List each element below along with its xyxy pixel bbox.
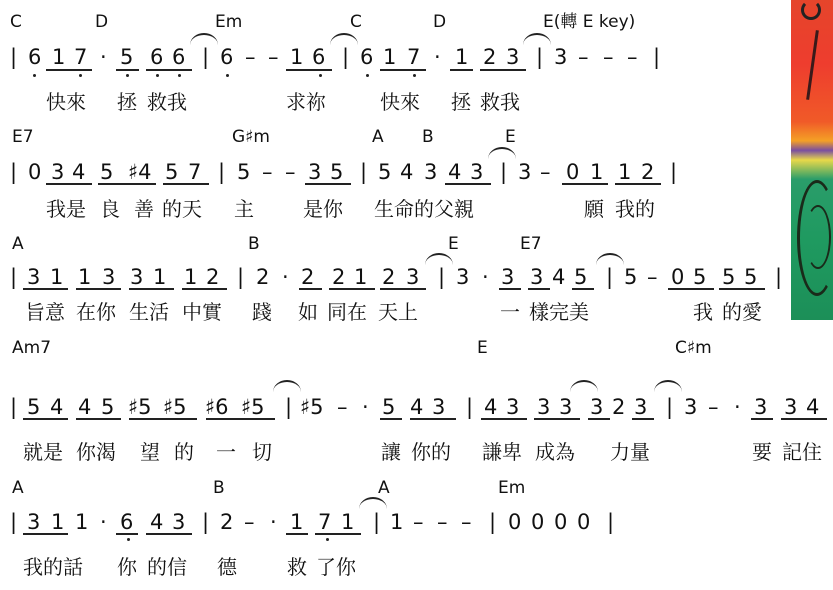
beam-underline — [450, 69, 473, 71]
beam-underline — [315, 533, 361, 535]
note: 4 — [448, 160, 461, 184]
beam-underline — [286, 69, 332, 71]
lyric: 願 — [584, 197, 604, 221]
beam-underline — [410, 418, 456, 420]
beam-underline — [481, 418, 527, 420]
lyric: 就是 — [23, 440, 63, 464]
barline: | — [489, 510, 496, 534]
beam-underline — [588, 418, 610, 420]
chord: B — [248, 234, 260, 254]
lyric: 要 — [752, 440, 772, 464]
beam-underline — [299, 288, 322, 290]
lyric: 你渴 — [76, 440, 116, 464]
octave-dot — [226, 74, 229, 77]
octave-dot — [366, 74, 369, 77]
note: 6 — [312, 45, 325, 69]
chord: Em — [215, 12, 242, 32]
tie — [190, 33, 218, 45]
note: 3 — [130, 265, 143, 289]
note: 3 — [308, 160, 321, 184]
note: 2 — [301, 265, 314, 289]
lyric: 拯 — [117, 90, 137, 114]
tie — [273, 380, 301, 392]
dot-extension: · — [270, 510, 277, 534]
beam-underline — [305, 183, 351, 185]
lyric: 讓 — [381, 440, 401, 464]
note: 3 — [518, 160, 531, 184]
note: 3 — [172, 510, 185, 534]
beam-underline — [380, 69, 426, 71]
barline: | — [202, 510, 209, 534]
note: 6 — [220, 45, 233, 69]
beam-underline — [668, 288, 714, 290]
chord: C — [10, 12, 22, 32]
note: 5 — [744, 265, 757, 289]
note-sharp: ♯4 — [128, 160, 152, 184]
dot-extension: · — [734, 395, 741, 419]
beam-underline — [615, 183, 661, 185]
rest: 0 — [508, 510, 521, 534]
beam-underline — [129, 418, 197, 420]
note: 3 — [470, 160, 483, 184]
dash: – — [437, 510, 448, 534]
note: 5 — [574, 265, 587, 289]
note: 3 — [27, 510, 40, 534]
note: 4 — [552, 265, 565, 289]
beam-underline — [719, 288, 765, 290]
chord: C♯m — [675, 338, 712, 358]
note: 1 — [341, 510, 354, 534]
tie — [596, 253, 624, 265]
note: 1 — [618, 160, 631, 184]
beam-underline — [76, 418, 121, 420]
note: 1 — [354, 265, 367, 289]
note: 1 — [590, 160, 603, 184]
tie — [654, 380, 682, 392]
note: 3 — [456, 265, 469, 289]
barline: | — [218, 160, 225, 184]
lyric: 一 — [216, 440, 236, 464]
lyric: 德 — [217, 555, 237, 579]
note: 6 — [120, 510, 133, 534]
note: 3 — [530, 265, 543, 289]
note: 1 — [383, 45, 396, 69]
chord-key-change: E(轉 E key) — [543, 12, 635, 32]
note: 2 — [382, 265, 395, 289]
note: 1 — [184, 265, 197, 289]
dash: – — [262, 160, 273, 184]
note: 7 — [74, 45, 87, 69]
note: 3 — [754, 395, 767, 419]
lyric: 記住 — [782, 440, 822, 464]
rest: 0 — [577, 510, 590, 534]
note: 5 — [693, 265, 706, 289]
octave-dot — [178, 74, 181, 77]
lyric: 求祢 — [286, 90, 326, 114]
note: 1 — [50, 265, 63, 289]
lyric: 我是 — [46, 197, 86, 221]
note: 7 — [188, 160, 201, 184]
note: 1 — [78, 265, 91, 289]
note: 4 — [806, 395, 819, 419]
beam-underline — [480, 69, 526, 71]
lyric: 的天 — [162, 197, 202, 221]
lyric: 救我 — [480, 90, 520, 114]
beam-underline — [23, 533, 68, 535]
lyric: 善 — [134, 197, 154, 221]
lyric: 旨意 — [25, 300, 65, 324]
lyric: 踐 — [252, 300, 272, 324]
chord: E — [448, 234, 459, 254]
chord: Am7 — [12, 338, 51, 358]
octave-dot — [156, 74, 159, 77]
beam-underline — [116, 533, 138, 535]
barline: | — [10, 510, 17, 534]
lyric: 我的 — [615, 197, 655, 221]
lyric: 樣完美 — [529, 300, 589, 324]
lyric: 如 — [298, 300, 318, 324]
chord: A — [12, 478, 24, 498]
lyric: 快來 — [46, 90, 86, 114]
lyric: 力量 — [610, 440, 650, 464]
barline: | — [606, 265, 613, 289]
note: 3 — [506, 395, 519, 419]
dot-extension: · — [100, 45, 107, 69]
lyric: 的信 — [147, 555, 187, 579]
note: 3 — [554, 45, 567, 69]
tie — [570, 380, 598, 392]
lyric: 的 — [174, 440, 194, 464]
swirl-icon — [805, 205, 831, 269]
note: 1 — [455, 45, 468, 69]
chord: Em — [498, 478, 525, 498]
beam-underline — [206, 418, 275, 420]
lyric: 救 — [287, 555, 307, 579]
barline: | — [653, 45, 660, 69]
note: 6 — [150, 45, 163, 69]
dash: – — [337, 395, 348, 419]
dash: – — [603, 45, 614, 69]
tie — [359, 497, 387, 509]
tie — [330, 33, 358, 45]
beam-underline — [329, 288, 375, 290]
beam-underline — [499, 288, 521, 290]
note: 1 — [52, 45, 65, 69]
rest: 0 — [531, 510, 544, 534]
beam-underline — [182, 288, 227, 290]
chord: E7 — [12, 127, 34, 147]
chord: G♯m — [232, 127, 270, 147]
dash: – — [540, 160, 551, 184]
barline: | — [360, 160, 367, 184]
note: 6 — [172, 45, 185, 69]
dot-extension: · — [482, 265, 489, 289]
note: 5 — [101, 395, 114, 419]
note-sharp: ♯5 — [163, 395, 187, 419]
barline: | — [202, 45, 209, 69]
note: 5 — [624, 265, 637, 289]
note: 2 — [332, 265, 345, 289]
barline: | — [10, 160, 17, 184]
note-sharp: ♯5 — [300, 395, 324, 419]
barline: | — [466, 395, 473, 419]
chord: E7 — [520, 234, 542, 254]
barline: | — [438, 265, 445, 289]
lyric: 你的 — [411, 440, 451, 464]
octave-dot — [33, 74, 36, 77]
beam-underline — [528, 288, 550, 290]
note-sharp: ♯5 — [241, 395, 265, 419]
lyric: 的愛 — [722, 300, 762, 324]
lyric: 成為 — [535, 440, 575, 464]
lyric: 拯 — [451, 90, 471, 114]
note: 4 — [72, 160, 85, 184]
decorative-painting — [791, 0, 833, 320]
lyric: 天上 — [378, 300, 418, 324]
note: 3 — [559, 395, 572, 419]
note: 5 — [237, 160, 250, 184]
note: 5 — [120, 45, 133, 69]
note: 3 — [424, 160, 437, 184]
dot-extension: · — [100, 510, 107, 534]
note: 2 — [612, 395, 625, 419]
notes-row: | 6 1 7 · 5 6 6 | 6 – – 1 6 | 6 1 7 · 1 … — [0, 45, 780, 71]
beam-underline — [751, 418, 773, 420]
dash: – — [627, 45, 638, 69]
lyric: 了你 — [316, 555, 356, 579]
barline: | — [670, 160, 677, 184]
brush-stroke-icon — [801, 0, 821, 20]
note: 5 — [382, 395, 395, 419]
note: 4 — [400, 160, 413, 184]
beam-underline — [76, 288, 121, 290]
barline: | — [10, 395, 17, 419]
note: 2 — [220, 510, 233, 534]
note: 1 — [290, 45, 303, 69]
chord: B — [422, 127, 434, 147]
note: 1 — [153, 265, 166, 289]
note: 4 — [78, 395, 91, 419]
chord: C — [350, 12, 362, 32]
dash: – — [244, 510, 255, 534]
lyric: 同在 — [327, 300, 367, 324]
barline: | — [775, 265, 782, 289]
beam-underline — [380, 418, 402, 420]
lyric: 主 — [234, 197, 254, 221]
note: 2 — [641, 160, 654, 184]
note: 1 — [290, 510, 303, 534]
beam-underline — [445, 183, 491, 185]
note: 5 — [722, 265, 735, 289]
beam-underline — [163, 183, 209, 185]
octave-dot — [319, 74, 322, 77]
note: 3 — [51, 160, 64, 184]
dot-extension: · — [362, 395, 369, 419]
lyric: 良 — [100, 197, 120, 221]
chord: E — [505, 127, 516, 147]
chord: A — [372, 127, 384, 147]
lyric: 望 — [140, 440, 160, 464]
lyric: 救我 — [147, 90, 187, 114]
note: 6 — [28, 45, 41, 69]
lyric: 我 — [693, 300, 713, 324]
beam-underline — [116, 69, 139, 71]
note: 6 — [360, 45, 373, 69]
octave-dot — [126, 74, 129, 77]
note: 3 — [634, 395, 647, 419]
note: 5 — [165, 160, 178, 184]
note: 2 — [256, 265, 269, 289]
octave-dot — [79, 74, 82, 77]
note: 1 — [75, 510, 88, 534]
lyric: 是你 — [303, 197, 343, 221]
tie — [425, 253, 453, 265]
note: 3 — [590, 395, 603, 419]
dot-extension: · — [434, 45, 441, 69]
octave-dot — [127, 538, 130, 541]
chord: B — [213, 478, 225, 498]
note: 5 — [27, 395, 40, 419]
lyric: 在你 — [76, 300, 116, 324]
note: 3 — [501, 265, 514, 289]
note: 4 — [50, 395, 63, 419]
barline: | — [500, 160, 507, 184]
barline: | — [10, 45, 17, 69]
note: 0 — [28, 160, 41, 184]
lyric: 一 — [500, 300, 520, 324]
dash: – — [578, 45, 589, 69]
lyric: 切 — [252, 440, 272, 464]
barline: | — [607, 510, 614, 534]
beam-underline — [286, 533, 308, 535]
chord: D — [95, 12, 108, 32]
beam-underline — [380, 288, 426, 290]
note: 3 — [506, 45, 519, 69]
barline: | — [10, 265, 17, 289]
beam-underline — [632, 418, 654, 420]
note: 7 — [407, 45, 420, 69]
beam-underline — [98, 183, 156, 185]
barline: | — [666, 395, 673, 419]
lyric: 我的話 — [23, 555, 83, 579]
barline: | — [342, 45, 349, 69]
tie — [488, 147, 516, 159]
dash: – — [245, 45, 256, 69]
dot-extension: · — [282, 265, 289, 289]
dash: – — [413, 510, 424, 534]
note: 2 — [483, 45, 496, 69]
note: 3 — [102, 265, 115, 289]
lyric: 生活 — [129, 300, 169, 324]
lyric: 快來 — [380, 90, 420, 114]
lyric: 生命的父親 — [374, 197, 474, 221]
note: 7 — [318, 510, 331, 534]
barline: | — [373, 510, 380, 534]
lyric: 謙卑 — [482, 440, 522, 464]
barline: | — [536, 45, 543, 69]
note: 3 — [684, 395, 697, 419]
brush-stroke-icon — [806, 30, 819, 100]
note: 4 — [410, 395, 423, 419]
tie — [523, 33, 551, 45]
note: 2 — [206, 265, 219, 289]
note: 0 — [671, 265, 684, 289]
dash: – — [647, 265, 658, 289]
note: 4 — [484, 395, 497, 419]
dash: – — [268, 45, 279, 69]
note: 4 — [150, 510, 163, 534]
beam-underline — [534, 418, 580, 420]
beam-underline — [562, 183, 608, 185]
note: 3 — [27, 265, 40, 289]
dash: – — [285, 160, 296, 184]
chord: A — [12, 234, 24, 254]
beam-underline — [146, 69, 192, 71]
beam-underline — [129, 288, 174, 290]
beam-underline — [46, 69, 92, 71]
note: 1 — [390, 510, 403, 534]
dash: – — [461, 510, 472, 534]
note: 0 — [566, 160, 579, 184]
note: 3 — [406, 265, 419, 289]
dash: – — [708, 395, 719, 419]
beam-underline — [23, 418, 68, 420]
note: 5 — [100, 160, 113, 184]
chord: E — [477, 338, 488, 358]
note: 3 — [537, 395, 550, 419]
barline: | — [237, 265, 244, 289]
note: 3 — [432, 395, 445, 419]
beam-underline — [23, 288, 68, 290]
barline: | — [285, 395, 292, 419]
note-sharp: ♯6 — [205, 395, 229, 419]
octave-dot — [413, 74, 416, 77]
lyric: 中實 — [182, 300, 222, 324]
note: 5 — [378, 160, 391, 184]
note-sharp: ♯5 — [128, 395, 152, 419]
rest: 0 — [554, 510, 567, 534]
beam-underline — [46, 183, 92, 185]
lyric: 你 — [117, 555, 137, 579]
note: 1 — [51, 510, 64, 534]
octave-dot — [326, 538, 329, 541]
beam-underline — [572, 288, 594, 290]
note: 3 — [784, 395, 797, 419]
beam-underline — [146, 533, 192, 535]
chord: D — [433, 12, 446, 32]
note: 5 — [330, 160, 343, 184]
beam-underline — [781, 418, 827, 420]
chord: A — [378, 478, 390, 498]
